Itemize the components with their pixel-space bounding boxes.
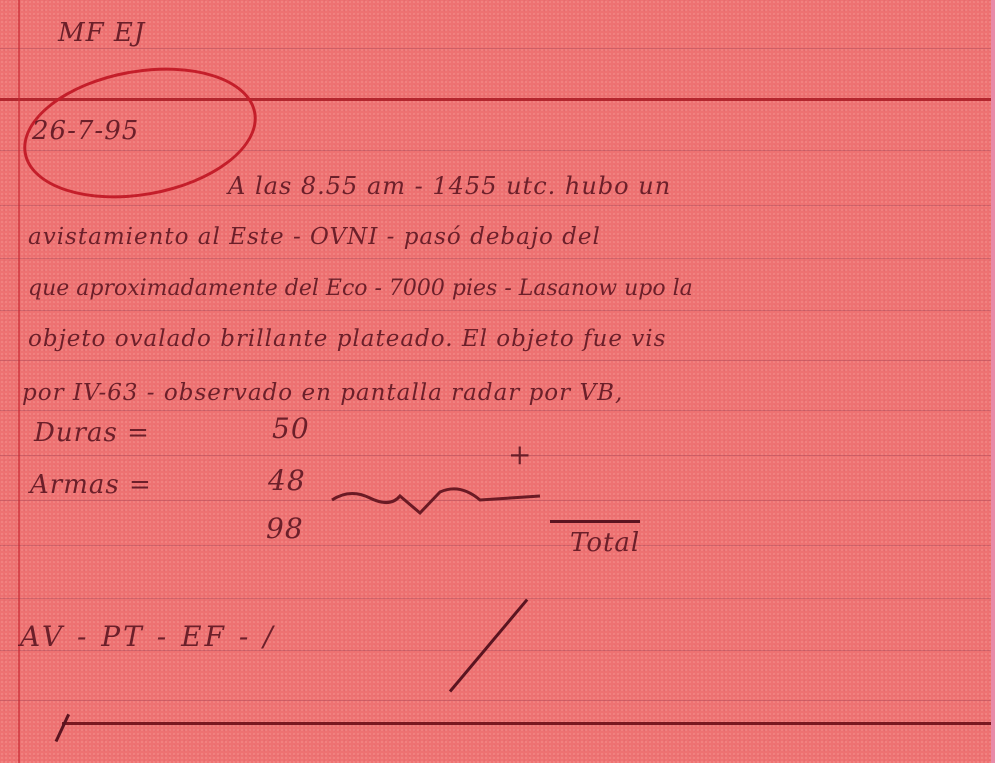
signature-codes: AV - PT - EF - / — [20, 620, 276, 653]
entry-line-2: avistamiento al Este - OVNI - pasó debaj… — [28, 224, 601, 250]
header-initials: MF EJ — [58, 18, 145, 48]
tally-label-1: Duras = — [34, 418, 150, 448]
tally-value-2: 48 — [268, 464, 306, 497]
total-label: Total — [570, 528, 640, 558]
ruled-line — [0, 310, 995, 311]
ruled-line — [0, 545, 995, 546]
entry-line-4: objeto ovalado brillante plateado. El ob… — [28, 326, 666, 352]
ruled-line — [0, 360, 995, 361]
entry-line-5: por IV-63 - observado en pantalla radar … — [22, 380, 623, 406]
ruled-line — [0, 410, 995, 411]
entry-line-3: que aproximadamente del Eco - 7000 pies … — [28, 276, 693, 301]
ruled-line — [0, 455, 995, 456]
total-value: 98 — [266, 512, 304, 545]
tick-mark — [55, 714, 70, 742]
tally-value-1: 50 — [272, 412, 310, 445]
bottom-rule — [62, 722, 995, 725]
ruled-line — [0, 598, 995, 599]
squiggle-mark — [330, 478, 550, 518]
plus-mark: + — [508, 438, 532, 471]
tally-label-2: Armas = — [30, 470, 152, 500]
entry-line-1: A las 8.55 am - 1455 utc. hubo un — [228, 172, 671, 200]
entry-date: 26-7-95 — [32, 116, 139, 146]
ruled-line — [0, 48, 995, 49]
total-underline — [550, 520, 640, 523]
slash-mark — [449, 599, 528, 693]
ruled-line — [0, 258, 995, 259]
notebook-page: MF EJ 26-7-95 A las 8.55 am - 1455 utc. … — [0, 0, 995, 763]
page-edge — [991, 0, 995, 763]
ruled-line — [0, 700, 995, 701]
ruled-line — [0, 205, 995, 206]
